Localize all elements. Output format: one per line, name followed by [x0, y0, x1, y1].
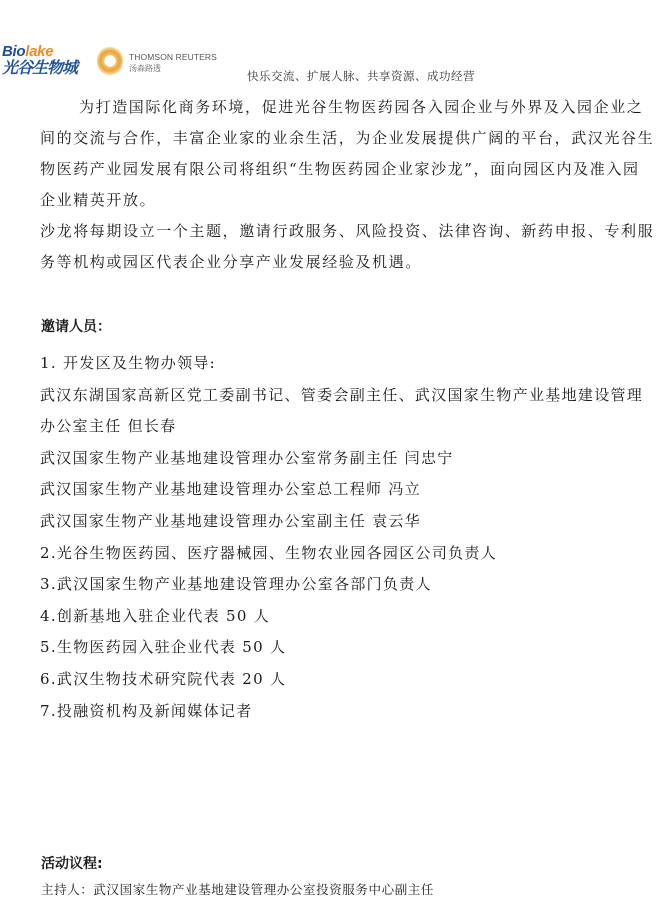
reuters-globe-icon: [97, 46, 123, 76]
list-item: 1. 开发区及生物办领导:: [40, 348, 643, 380]
biolake-logo-lake: lake: [25, 43, 53, 60]
intro-paragraph-1: 为打造国际化商务环境，促进光谷生物医药园各入园企业与外界及入园企业之间的交流与合…: [40, 92, 655, 216]
biolake-logo-bio: Bio: [2, 43, 25, 60]
list-item: 6.武汉生物技术研究院代表 20 人: [40, 664, 643, 696]
invitees-heading: 邀请人员：: [41, 316, 111, 336]
intro-paragraph-2: 沙龙将每期设立一个主题，邀请行政服务、风险投资、法律咨询、新药申报、专利服务等机…: [40, 216, 655, 278]
reuters-logo-english: THOMSON REUTERS: [129, 52, 217, 62]
biolake-logo-chinese: 光谷生物城: [2, 59, 88, 77]
list-item: 4.创新基地入驻企业代表 50 人: [40, 601, 643, 633]
list-item: 3.武汉国家生物产业基地建设管理办公室各部门负责人: [40, 569, 643, 601]
list-item: 5.生物医药园入驻企业代表 50 人: [40, 632, 643, 664]
biolake-logo: Biolake 光谷生物城: [2, 44, 90, 77]
list-item: 武汉国家生物产业基地建设管理办公室副主任 袁云华: [40, 506, 643, 538]
invitees-list: 1. 开发区及生物办领导: 武汉东湖国家高新区党工委副书记、管委会副主任、武汉国…: [40, 348, 643, 727]
list-item: 武汉国家生物产业基地建设管理办公室总工程师 冯立: [40, 474, 643, 506]
agenda-heading: 活动议程:: [41, 853, 103, 873]
agenda-host: 主持人：武汉国家生物产业基地建设管理办公室投资服务中心副主任: [41, 880, 434, 898]
list-item: 2.光谷生物医药园、医疗器械园、生物农业园各园区公司负责人: [40, 538, 643, 570]
slogan: 快乐交流、扩展人脉、共享资源、成功经营: [247, 68, 475, 84]
list-item: 武汉国家生物产业基地建设管理办公室常务副主任 闫忠宁: [40, 443, 643, 475]
reuters-logo-chinese: 汤森路透: [129, 63, 161, 74]
list-item: 7.投融资机构及新闻媒体记者: [40, 696, 643, 728]
intro-section: 为打造国际化商务环境，促进光谷生物医药园各入园企业与外界及入园企业之间的交流与合…: [40, 92, 655, 278]
list-item: 办公室主任 但长春: [40, 411, 643, 443]
list-item: 武汉东湖国家高新区党工委副书记、管委会副主任、武汉国家生物产业基地建设管理: [40, 380, 643, 412]
